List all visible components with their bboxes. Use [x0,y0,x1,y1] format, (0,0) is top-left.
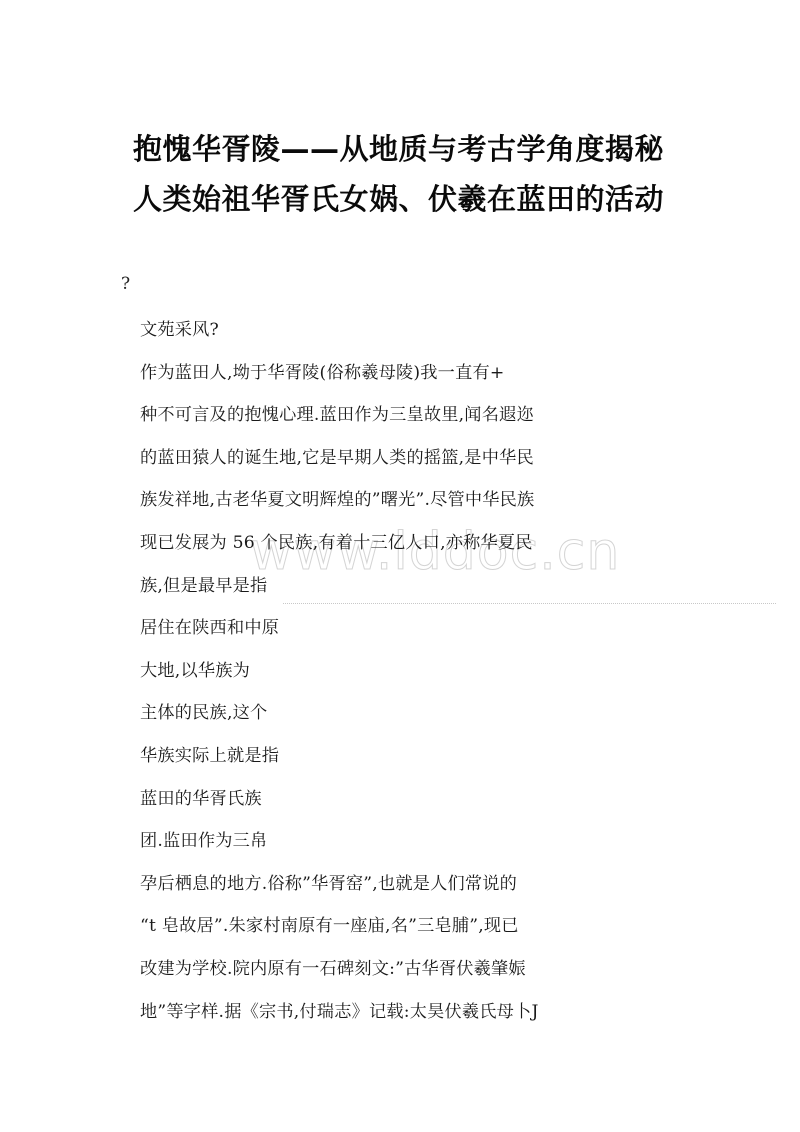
body-line: 地”等字样.据《宗书,付瑞志》记载:太昊伏羲氏母卜J [140,1000,620,1043]
body-line: 孕后栖息的地方.俗称”华胥窑”,也就是人们常说的 [140,872,620,915]
body-line: 居住在陕西和中原 [140,616,620,659]
body-line: 种不可言及的抱愧心理.蓝田作为三皇故里,闻名遐迩 [140,403,620,446]
body-line: 的蓝田猿人的诞生地,它是早期人类的摇篮,是中华民 [140,446,620,489]
stray-question-mark: ? [121,272,130,296]
document-page: 抱愧华胥陵——从地质与考古学角度揭秘 人类始祖华胥氏女娲、伏羲在蓝田的活动 ? … [0,0,800,1132]
body-line: 主体的民族,这个 [140,701,620,744]
body-line: 大地,以华族为 [140,659,620,702]
body-line: 团.监田作为三帛 [140,829,620,872]
body-text: 文苑采风? 作为蓝田人,坳于华胥陵(俗称羲母陵)我一直有+ 种不可言及的抱愧心理… [140,318,620,1042]
body-line: 族,但是最早是指 [140,574,620,617]
body-line: 华族实际上就是指 [140,744,620,787]
body-line: 族发祥地,古老华夏文明辉煌的”曙光”.尽管中华民族 [140,488,620,531]
document-title: 抱愧华胥陵——从地质与考古学角度揭秘 人类始祖华胥氏女娲、伏羲在蓝田的活动 [133,124,693,224]
body-line: 现已发展为 56 个民族,有着十三亿人口,亦称华夏民 [140,531,620,574]
body-line: 作为蓝田人,坳于华胥陵(俗称羲母陵)我一直有+ [140,361,620,404]
body-line: 蓝田的华胥氏族 [140,787,620,830]
body-line: “t 皂故居”.朱家村南原有一座庙,名”三皂脯”,现已 [140,914,620,957]
body-line: 文苑采风? [140,318,620,361]
body-line: 改建为学校.院内原有一石碑刻文:”古华胥伏羲肇娠 [140,957,620,1000]
title-line-1: 抱愧华胥陵——从地质与考古学角度揭秘 [133,124,693,174]
title-line-2: 人类始祖华胥氏女娲、伏羲在蓝田的活动 [133,174,693,224]
